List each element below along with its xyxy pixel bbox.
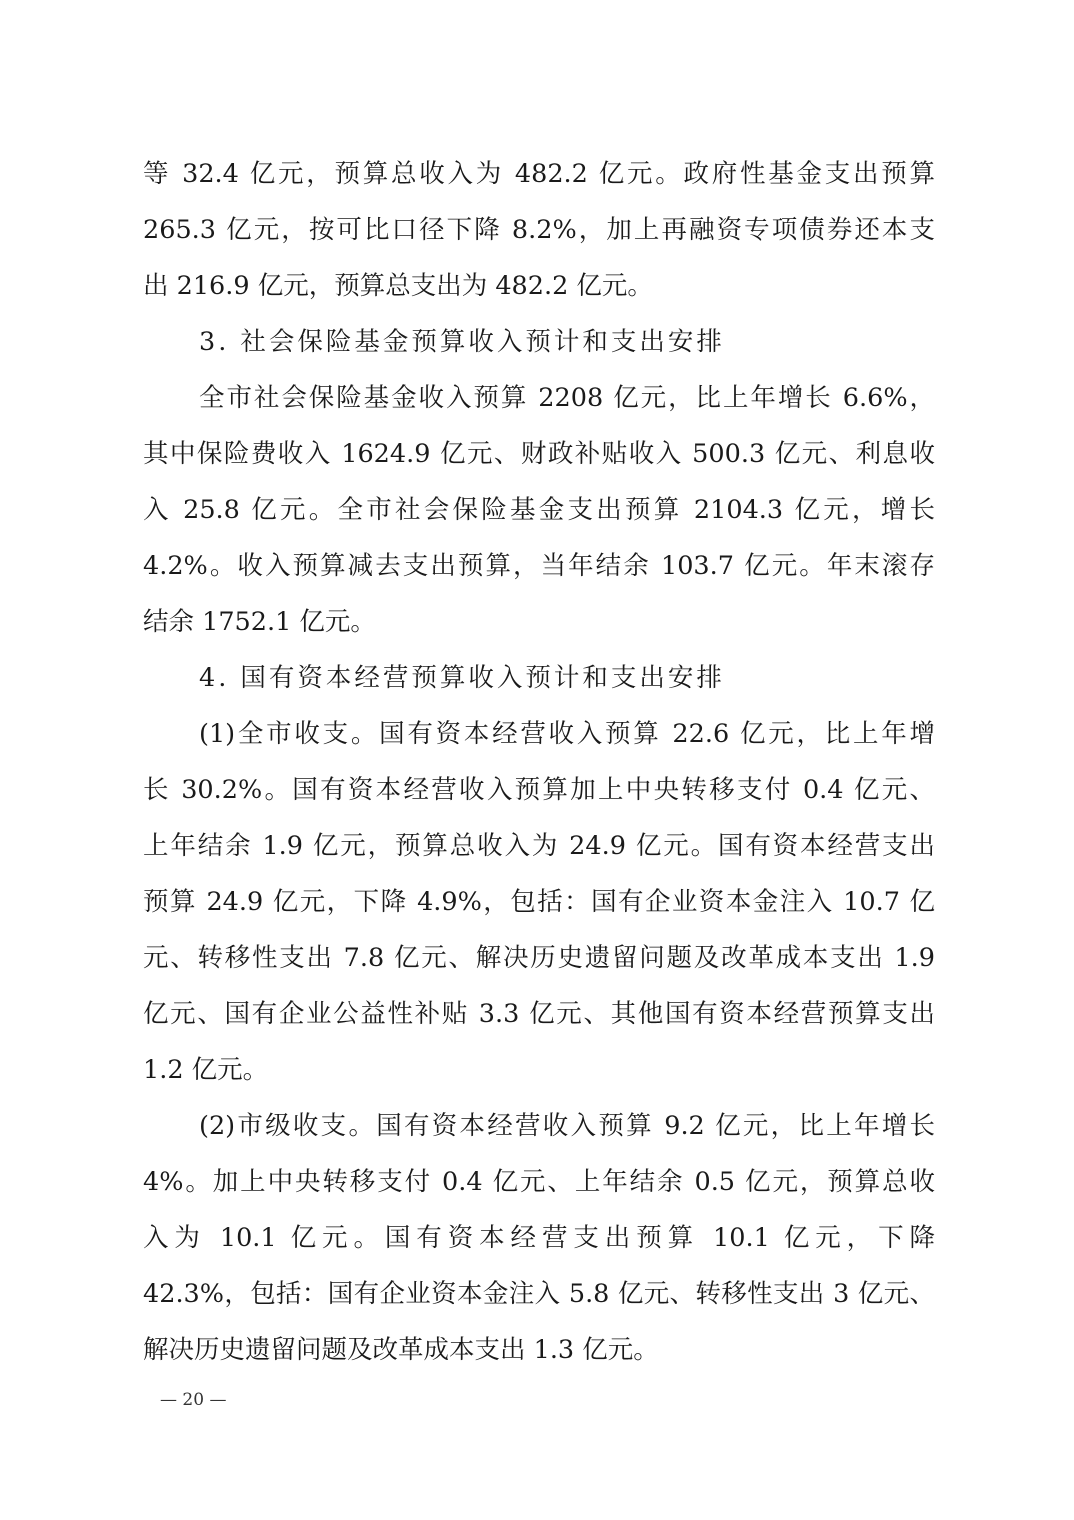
section-heading-social-insurance: 3. 社会保险基金预算收入预计和支出安排 xyxy=(199,326,725,358)
page-number: — 20 — xyxy=(160,1390,226,1410)
body-line: 其中保险费收入 1624.9 亿元、财政补贴收入 500.3 亿元、利息收 xyxy=(143,438,935,470)
body-line: (2)市级收支。国有资本经营收入预算 9.2 亿元，比上年增长 xyxy=(199,1110,935,1142)
body-line: 长 30.2%。国有资本经营收入预算加上中央转移支付 0.4 亿元、 xyxy=(143,774,935,806)
body-line: 上年结余 1.9 亿元，预算总收入为 24.9 亿元。国有资本经营支出 xyxy=(143,830,935,862)
body-line: 解决历史遗留问题及改革成本支出 1.3 亿元。 xyxy=(143,1334,935,1366)
body-line: 全市社会保险基金收入预算 2208 亿元，比上年增长 6.6%， xyxy=(199,382,935,414)
body-line: 入 25.8 亿元。全市社会保险基金支出预算 2104.3 亿元，增长 xyxy=(143,494,935,526)
body-line: 1.2 亿元。 xyxy=(143,1054,935,1086)
body-line: 4.2%。收入预算减去支出预算，当年结余 103.7 亿元。年末滚存 xyxy=(143,550,935,582)
body-line: 42.3%，包括：国有企业资本金注入 5.8 亿元、转移性支出 3 亿元、 xyxy=(143,1278,935,1310)
body-line: 4%。加上中央转移支付 0.4 亿元、上年结余 0.5 亿元，预算总收 xyxy=(143,1166,935,1198)
body-line: 265.3 亿元，按可比口径下降 8.2%，加上再融资专项债券还本支 xyxy=(143,214,935,246)
body-line: 结余 1752.1 亿元。 xyxy=(143,606,935,638)
document-page: 等 32.4 亿元，预算总收入为 482.2 亿元。政府性基金支出预算 265.… xyxy=(0,0,1074,1520)
body-line: 入为 10.1 亿元。国有资本经营支出预算 10.1 亿元，下降 xyxy=(143,1222,935,1254)
body-line: 预算 24.9 亿元，下降 4.9%，包括：国有企业资本金注入 10.7 亿 xyxy=(143,886,935,918)
body-line: 等 32.4 亿元，预算总收入为 482.2 亿元。政府性基金支出预算 xyxy=(143,158,935,190)
body-line: 元、转移性支出 7.8 亿元、解决历史遗留问题及改革成本支出 1.9 xyxy=(143,942,935,974)
body-line: 出 216.9 亿元，预算总支出为 482.2 亿元。 xyxy=(143,270,935,302)
section-heading-state-capital: 4. 国有资本经营预算收入预计和支出安排 xyxy=(199,662,725,694)
body-line: 亿元、国有企业公益性补贴 3.3 亿元、其他国有资本经营预算支出 xyxy=(143,998,935,1030)
body-line: (1)全市收支。国有资本经营收入预算 22.6 亿元，比上年增 xyxy=(199,718,935,750)
